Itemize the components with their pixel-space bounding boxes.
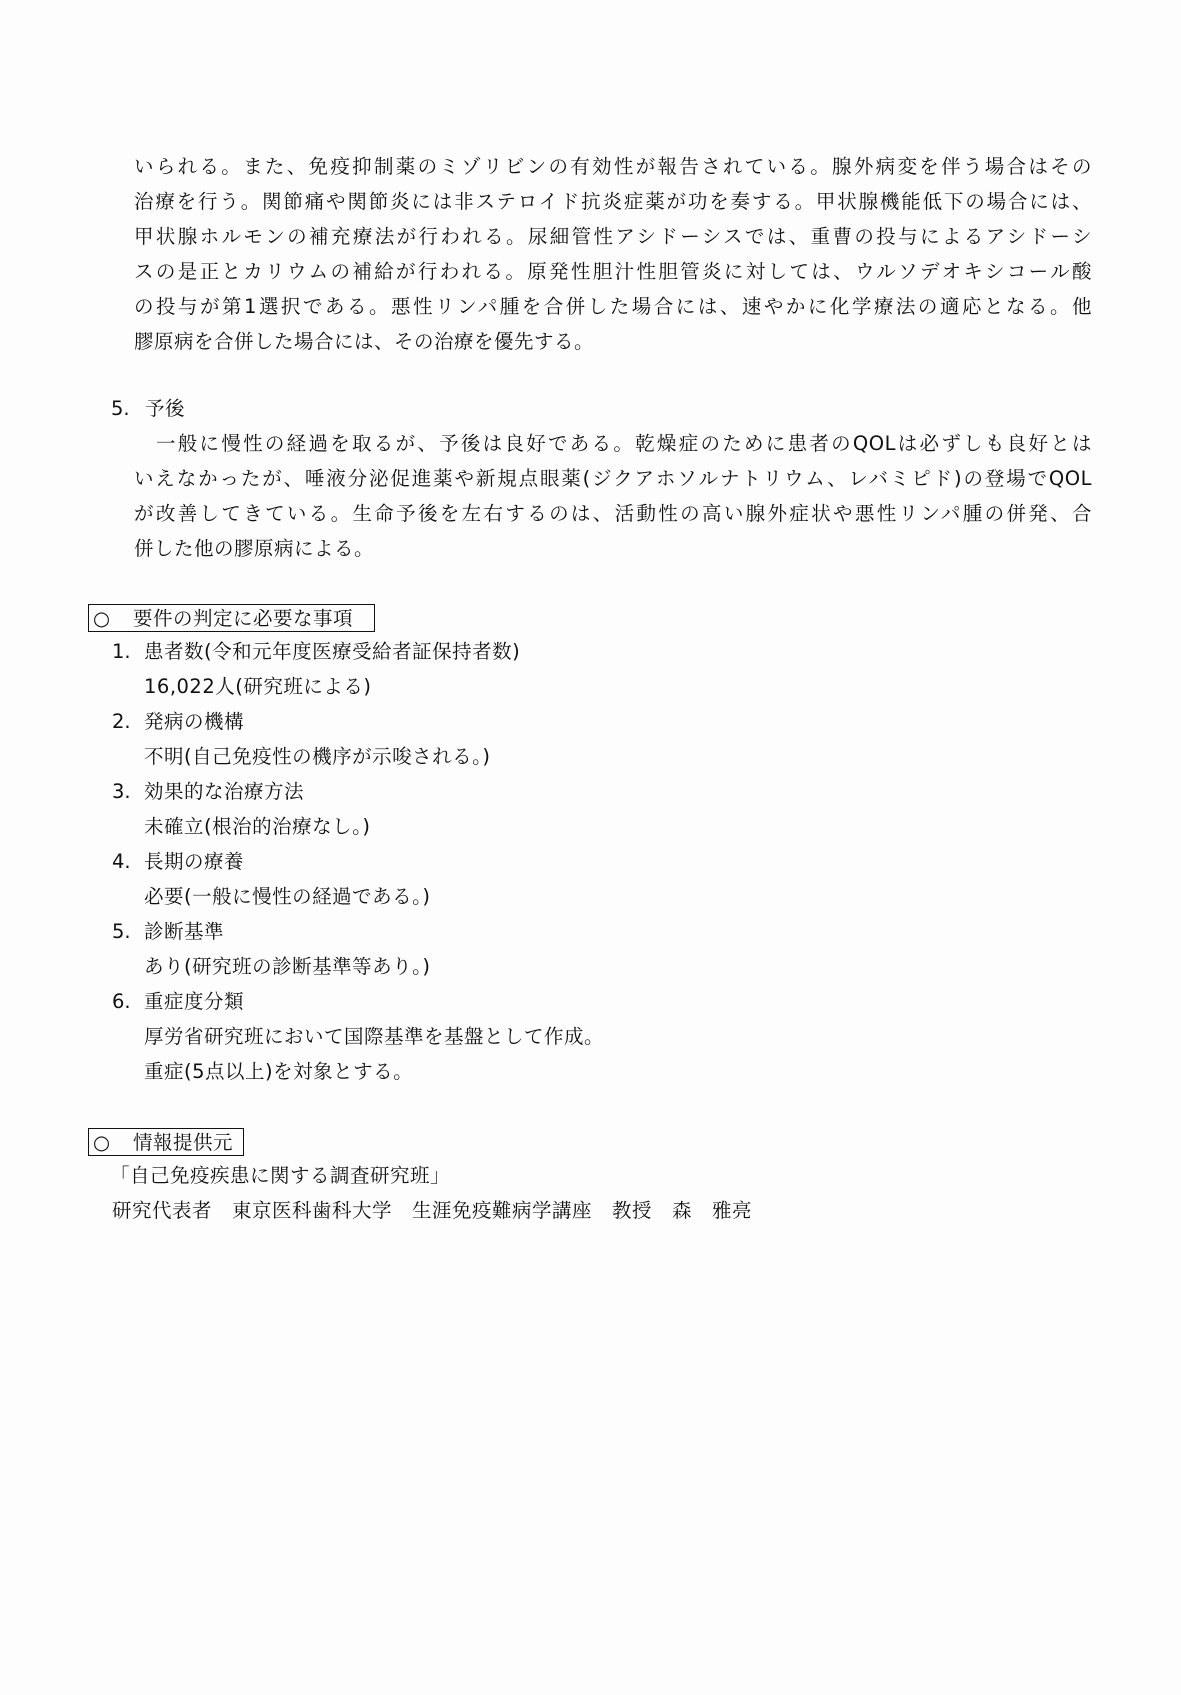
paragraph-line: が改善してきている。生命予後を左右するのは、活動性の高い腺外症状や悪性リンパ腫の… [134,502,1092,526]
item-number: 5. [112,920,131,944]
item-detail: 16,022人(研究班による) [144,675,371,699]
item-title: 診断基準 [144,920,224,944]
paragraph-line: 治療を行う。関節痛や関節炎には非ステロイド抗炎症薬が功を奏する。甲状腺機能低下の… [134,190,1092,214]
requirements-heading-box: ○要件の判定に必要な事項 [88,604,375,632]
research-representative: 研究代表者 東京医科歯科大学 生涯免疫難病学講座 教授 森 雅亮 [112,1199,752,1223]
item-number: 1. [112,640,131,664]
item-number: 4. [112,850,131,874]
item-title: 患者数(令和元年度医療受給者証保持者数) [144,640,520,664]
item-number: 6. [112,990,131,1014]
item-number: 3. [112,780,131,804]
paragraph-line: スの是正とカリウムの補給が行われる。原発性胆汁性胆管炎に対しては、ウルソデオキシ… [134,260,1092,284]
item-detail: 不明(自己免疫性の機序が示唆される。) [144,745,490,769]
item-title: 重症度分類 [144,990,244,1014]
item-detail: 未確立(根治的治療なし。) [144,815,370,839]
item-title: 発病の機構 [144,710,244,734]
info-source-heading: 情報提供元 [133,1131,233,1154]
research-group-name: 「自己免疫疾患に関する調査研究班」 [110,1164,450,1188]
paragraph-line: 膠原病を合併した場合には、その治療を優先する。 [134,330,594,354]
paragraph-line: 一般に慢性の経過を取るが、予後は良好である。乾燥症のために患者のQOLは必ずしも… [156,432,1092,456]
item-title: 効果的な治療方法 [144,780,304,804]
paragraph-line: いえなかったが、唾液分泌促進薬や新規点眼薬(ジクアホソルナトリウム、レバミピド)… [134,467,1092,491]
item-detail: 重症(5点以上)を対象とする。 [144,1060,413,1084]
info-source-heading-box: ○情報提供元 [88,1128,244,1156]
item-detail: 必要(一般に慢性の経過である。) [144,885,430,909]
circle-marker-icon: ○ [93,1129,133,1157]
item-number: 2. [112,710,131,734]
item-detail: あり(研究班の診断基準等あり。) [144,955,430,979]
paragraph-line: いられる。また、免疫抑制薬のミゾリビンの有効性が報告されている。腺外病変を伴う場… [134,155,1092,179]
section-title: 予後 [145,397,185,421]
paragraph-line: 併した他の膠原病による。 [134,537,374,561]
item-detail: 厚労省研究班において国際基準を基盤として作成。 [144,1025,604,1049]
item-title: 長期の療養 [144,850,244,874]
requirements-heading: 要件の判定に必要な事項 [133,607,353,630]
paragraph-line: の投与が第1選択である。悪性リンパ腫を合併した場合には、速やかに化学療法の適応と… [134,295,1092,319]
paragraph-line: 甲状腺ホルモンの補充療法が行われる。尿細管性アシドーシスでは、重曹の投与によるア… [134,225,1092,249]
section-number: 5. [111,397,130,421]
circle-marker-icon: ○ [93,605,133,633]
